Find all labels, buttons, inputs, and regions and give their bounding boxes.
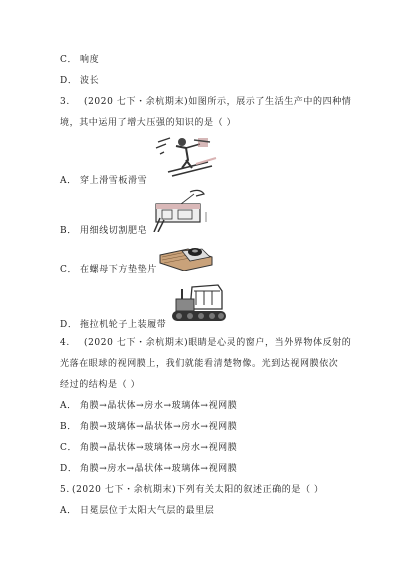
q4-option-d: D．角膜→房水→晶状体→玻璃体→视网膜: [60, 463, 237, 475]
option-letter: C．: [60, 264, 80, 276]
option-letter: A．: [60, 175, 80, 187]
option-text: 穿上滑雪板滑雪: [80, 176, 147, 186]
option-text: 响度: [80, 55, 99, 65]
question-stem: (2020 七下・余杭期末)如图所示，展示了生活生产中的四种情: [84, 97, 351, 107]
question-stem: (2020 七下・余杭期末)眼睛是心灵的窗户，当外界物体反射的: [84, 338, 351, 348]
option-letter: A．: [60, 400, 80, 412]
question-number: 3.: [60, 96, 84, 108]
q4-stem-line2: 光落在眼球的视网膜上，我们就能看清楚物像。光到达视网膜依次: [60, 358, 338, 370]
question-number: 4.: [60, 337, 84, 349]
option-letter: D．: [60, 319, 80, 331]
option-letter: B．: [60, 225, 80, 237]
option-letter: C．: [60, 54, 80, 66]
option-letter: A．: [60, 505, 80, 517]
option-text: 拖拉机轮子上装履带: [80, 320, 166, 330]
q4-option-a: A．角膜→晶状体→房水→玻璃体→视网膜: [60, 400, 237, 412]
option-text: 角膜→玻璃体→晶状体→房水→视网膜: [80, 422, 237, 432]
question-stem: (2020 七下・余杭期末)下列有关太阳的叙述正确的是（ ）: [72, 485, 324, 495]
option-text: 波长: [80, 76, 99, 86]
option-text: 角膜→晶状体→房水→玻璃体→视网膜: [80, 401, 237, 411]
option-text: 角膜→晶状体→玻璃体→房水→视网膜: [80, 443, 237, 453]
nut-washer-figure: [158, 243, 214, 271]
q4-option-b: B．角膜→玻璃体→晶状体→房水→视网膜: [60, 421, 237, 433]
q5-stem-line1: 5.(2020 七下・余杭期末)下列有关太阳的叙述正确的是（ ）: [60, 484, 324, 496]
q3-option-d: D．拖拉机轮子上装履带: [60, 319, 166, 331]
option-text: 用细线切割肥皂: [80, 226, 147, 236]
skier-figure: [152, 132, 222, 180]
q4-stem-line1: 4.(2020 七下・余杭期末)眼睛是心灵的窗户，当外界物体反射的: [60, 337, 351, 349]
question-number: 5.: [60, 484, 72, 496]
option-letter: D．: [60, 75, 80, 87]
option-c-prev: C．响度: [60, 54, 99, 66]
option-letter: B．: [60, 421, 80, 433]
q4-option-c: C．角膜→晶状体→玻璃体→房水→视网膜: [60, 442, 237, 454]
option-letter: D．: [60, 463, 80, 475]
question-stem: 光落在眼球的视网膜上，我们就能看清楚物像。光到达视网膜依次: [60, 359, 338, 369]
option-text: 日冕层位于太阳大气层的最里层: [80, 506, 214, 516]
q5-option-a: A．日冕层位于太阳大气层的最里层: [60, 505, 214, 517]
q3-stem-line1: 3.(2020 七下・余杭期末)如图所示，展示了生活生产中的四种情: [60, 96, 351, 108]
option-d-prev: D．波长: [60, 75, 99, 87]
question-stem: 经过的结构是（ ）: [60, 380, 140, 390]
q3-stem-line2: 境，其中运用了增大压强的知识的是（ ）: [60, 117, 236, 129]
option-letter: C．: [60, 442, 80, 454]
tractor-tracks-figure: [170, 283, 228, 325]
option-text: 角膜→房水→晶状体→玻璃体→视网膜: [80, 464, 237, 474]
q3-option-a: A．穿上滑雪板滑雪: [60, 175, 147, 187]
question-stem: 境，其中运用了增大压强的知识的是（ ）: [60, 118, 236, 128]
q4-stem-line3: 经过的结构是（ ）: [60, 379, 140, 391]
option-text: 在螺母下方垫垫片: [80, 265, 157, 275]
q3-option-b: B．用细线切割肥皂: [60, 225, 147, 237]
q3-option-c: C．在螺母下方垫垫片: [60, 264, 157, 276]
thread-cutting-soap-figure: [150, 188, 208, 232]
